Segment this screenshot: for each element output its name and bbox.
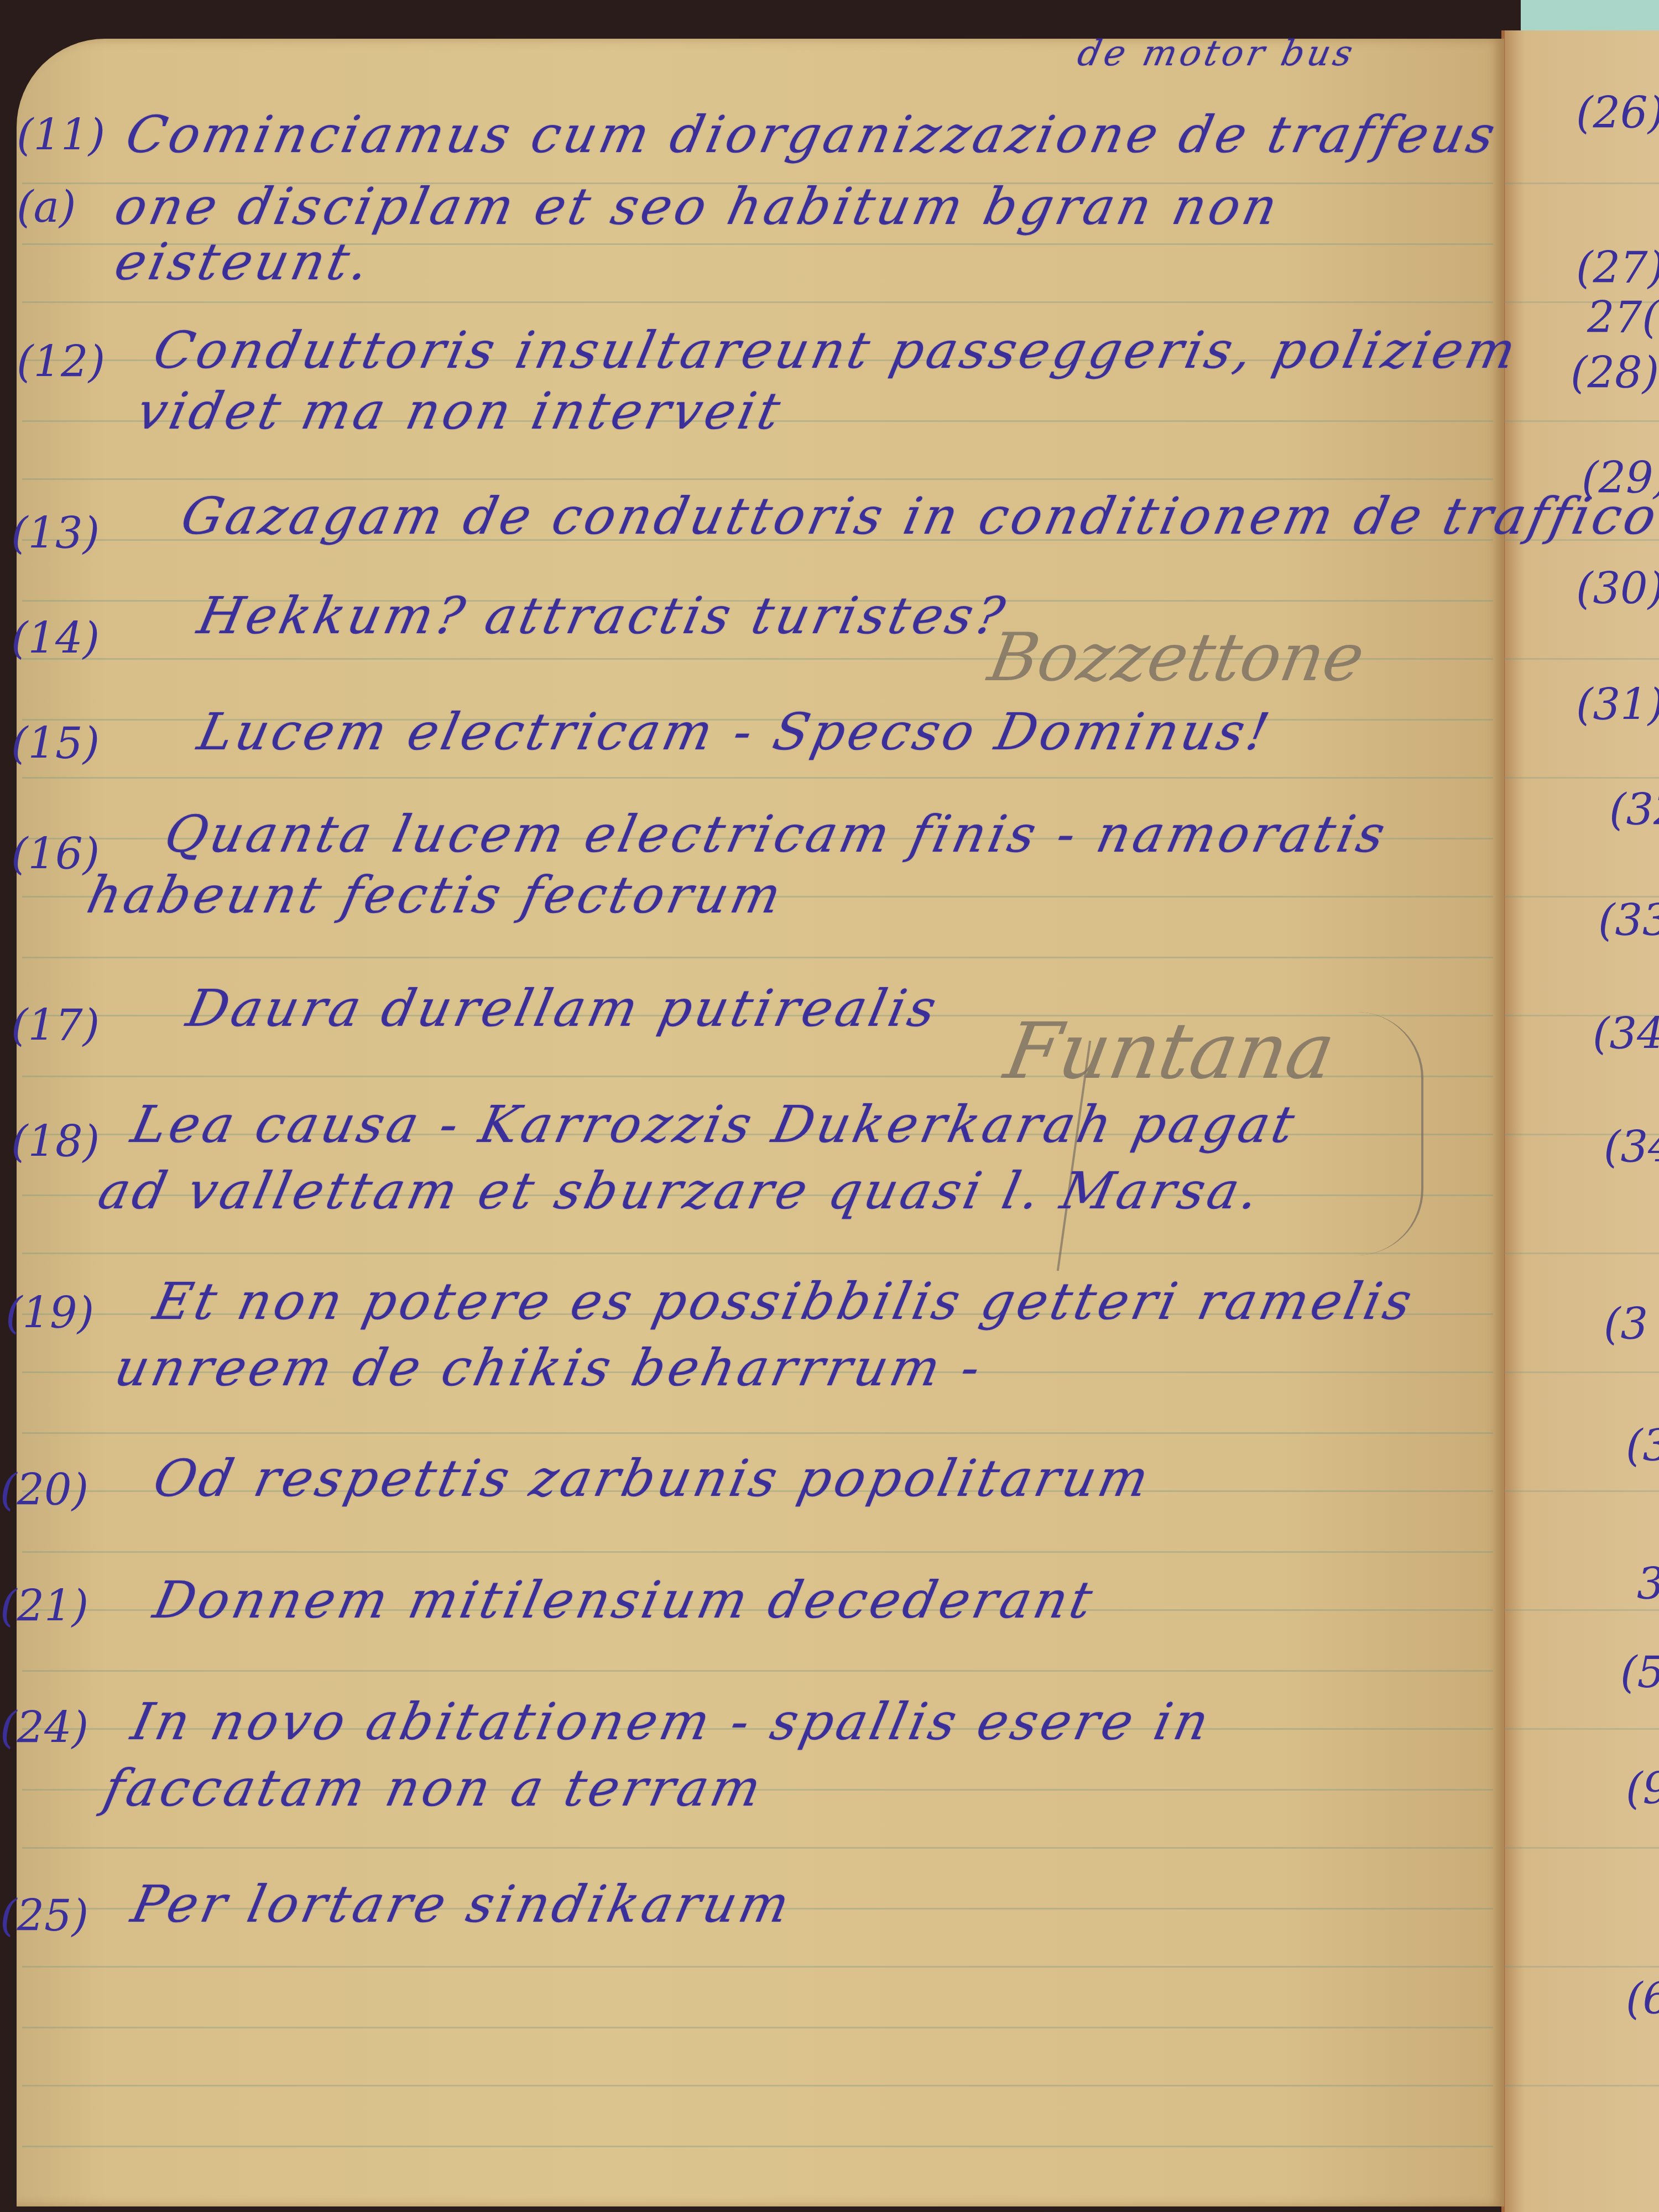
margin-number: (6 <box>1626 1974 1659 2024</box>
margin-number: (29) <box>1582 453 1659 503</box>
entry-number: (13) <box>11 509 100 559</box>
margin-number: (32 <box>1609 785 1659 835</box>
entry-number: (17) <box>11 1001 100 1051</box>
pencil-annotation: Bozzettone <box>983 619 1370 696</box>
entry-line: Gazagam de conduttoris in conditionem de… <box>176 487 1659 546</box>
entry-line: Per lortare sindikarum <box>127 1875 798 1934</box>
entry-number: (16) <box>11 830 100 879</box>
entry-number: (19) <box>6 1288 94 1338</box>
entry-line: Daura durellam putirealis <box>182 979 945 1038</box>
pencil-annotation: Funtana <box>999 1006 1342 1097</box>
margin-number: (30) <box>1576 564 1659 614</box>
entry-line: habeunt fectis fectorum <box>82 865 790 925</box>
margin-number: (3 <box>1626 1421 1659 1471</box>
margin-number: (27) <box>1576 243 1659 293</box>
entry-number: (20) <box>0 1465 88 1515</box>
margin-number: 27( <box>1587 293 1659 343</box>
header-note: de motor bus <box>1074 33 1359 74</box>
entry-line: videt ma non interveit <box>132 382 789 441</box>
entry-number: (a) <box>17 182 76 232</box>
margin-number: (28) <box>1571 348 1659 398</box>
margin-number: 3 <box>1637 1559 1659 1609</box>
entry-number: (12) <box>17 337 105 387</box>
entry-line: faccatam non a terram <box>99 1759 770 1818</box>
entry-line: Hekkum? attractis turistes? <box>193 586 1013 645</box>
margin-number: (34 <box>1593 1009 1659 1059</box>
entry-line: one disciplam et seo habitum bgran non <box>110 177 1286 236</box>
entry-number: (21) <box>0 1582 88 1631</box>
margin-number: (34 <box>1604 1123 1659 1172</box>
entry-number: (15) <box>11 719 100 769</box>
margin-number: (26) <box>1576 88 1659 138</box>
pencil-bracket <box>1300 1012 1423 1255</box>
entry-number: (25) <box>0 1891 88 1941</box>
margin-number: (5 <box>1620 1648 1659 1698</box>
margin-number: (33 <box>1598 896 1659 946</box>
entry-line: Lucem electricam - Specso Dominus! <box>193 702 1277 761</box>
entry-number: (11) <box>17 111 105 160</box>
margin-number: (9 <box>1626 1764 1659 1814</box>
entry-number: (18) <box>11 1117 100 1167</box>
entry-line: Lea causa - Karrozzis Dukerkarah pagat <box>127 1095 1303 1154</box>
entry-line: Cominciamus cum diorganizzazione de traf… <box>121 105 1504 164</box>
margin-number: (31) <box>1576 680 1659 730</box>
margin-number: (3 <box>1604 1300 1648 1349</box>
entry-number: (14) <box>11 614 100 664</box>
entry-line: In novo abitationem - spallis esere in <box>127 1692 1217 1751</box>
entry-line: Quanta lucem electricam finis - namorati… <box>160 805 1394 864</box>
entry-number: (24) <box>0 1703 88 1753</box>
entry-line: Od respettis zarbunis popolitarum <box>149 1449 1157 1508</box>
entry-line: Donnem mitilensium decederant <box>149 1571 1101 1630</box>
entry-line: Et non potere es possibbilis getteri ram… <box>149 1272 1420 1331</box>
entry-line: eisteunt. <box>110 232 378 291</box>
entry-line: unreem de chikis beharrrum - <box>110 1338 989 1397</box>
entry-line: Conduttoris insultareunt passeggeris, po… <box>149 321 1524 380</box>
background-surface <box>1521 0 1659 33</box>
entry-line: ad vallettam et sburzare quasi l. Marsa. <box>93 1161 1267 1220</box>
